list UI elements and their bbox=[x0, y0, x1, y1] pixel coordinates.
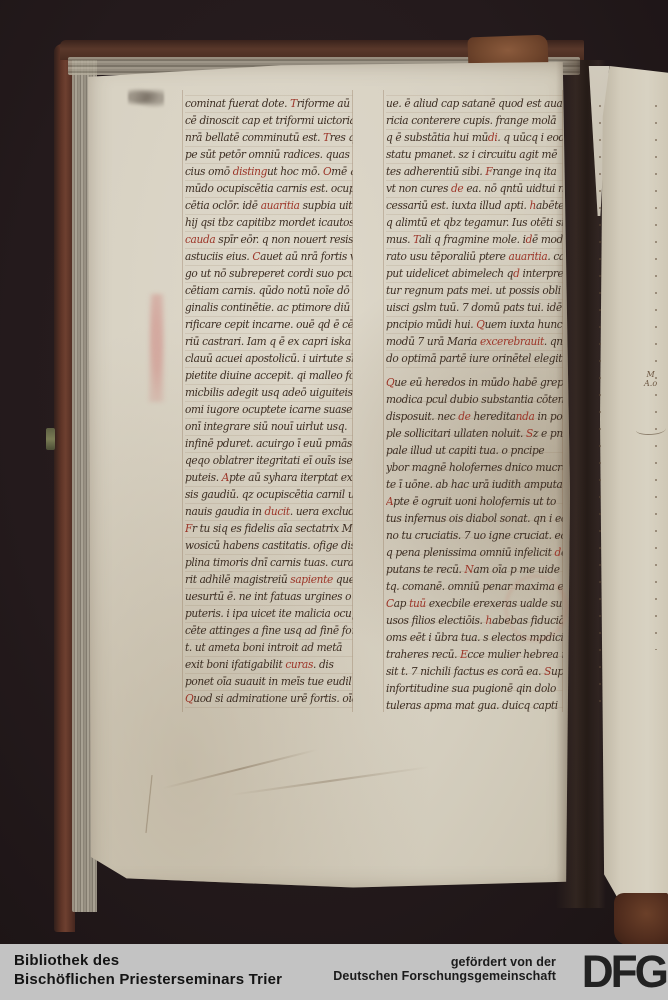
digitized-manuscript-screenshot: cominat fuerat dote. Triforme aūcē dinos… bbox=[0, 0, 668, 1000]
funding-line1: gefördert von der bbox=[333, 955, 556, 969]
library-line1: Bibliothek des bbox=[14, 951, 282, 970]
recto-note-line2: A.o bbox=[644, 379, 657, 388]
ruling-line bbox=[383, 90, 384, 712]
footer-bar: Bibliothek des Bischöflichen Priestersem… bbox=[0, 944, 668, 1000]
recto-margin-note: M A.o bbox=[644, 370, 657, 388]
stamp-bleedthrough bbox=[505, 575, 567, 641]
recto-page-sliver bbox=[600, 66, 668, 908]
binding-corner bbox=[614, 893, 668, 945]
library-attribution: Bibliothek des Bischöflichen Priestersem… bbox=[14, 951, 282, 989]
ruling-line bbox=[182, 90, 183, 712]
dfg-logo: DFG bbox=[560, 946, 666, 998]
funding-line2: Deutschen Forschungsgemeinschaft bbox=[333, 969, 556, 983]
prick-marks bbox=[599, 90, 601, 710]
library-line2: Bischöflichen Priesterseminars Trier bbox=[14, 970, 282, 989]
manuscript-column-left: cominat fuerat dote. Triforme aūcē dinos… bbox=[185, 95, 352, 709]
recto-note-line1: M bbox=[644, 370, 657, 379]
clasp-remnant bbox=[46, 428, 55, 450]
margin-ink-bleed bbox=[149, 294, 165, 402]
manuscript-photo: cominat fuerat dote. Triforme aūcē dinos… bbox=[0, 0, 668, 944]
folio-number-smudge bbox=[128, 86, 164, 108]
funding-attribution: gefördert von der Deutschen Forschungsge… bbox=[333, 955, 556, 983]
